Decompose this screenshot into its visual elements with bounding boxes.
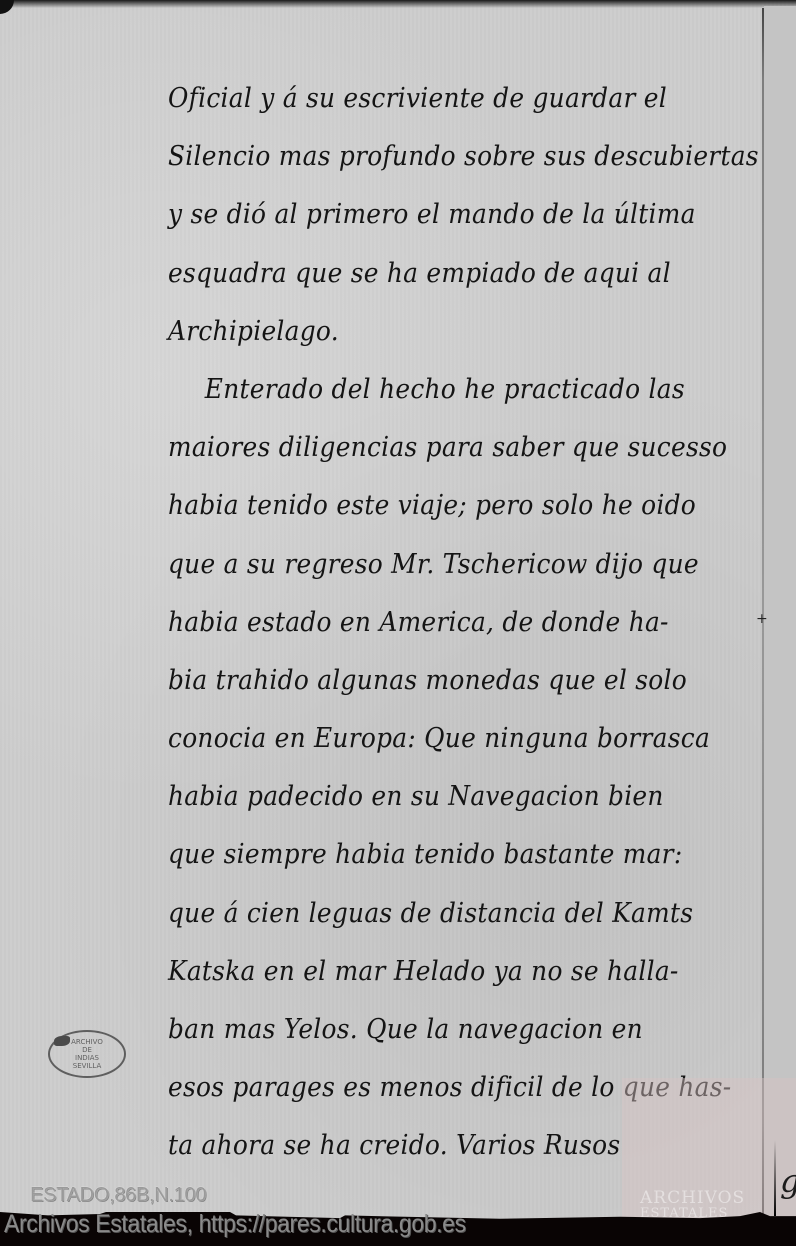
archive-credit: Archivos Estatales, https://pares.cultur… xyxy=(4,1210,466,1239)
next-page-glyph: g xyxy=(780,1162,796,1200)
page-corner xyxy=(0,0,14,14)
page-tear-mark xyxy=(774,1140,776,1216)
stamp-line: DE xyxy=(82,1046,92,1054)
adjacent-page-edge xyxy=(764,6,796,1216)
watermark-text-top: ARCHIVOS xyxy=(640,1188,790,1208)
text-line: que á cien leguas de distancia del Kamts xyxy=(168,885,720,943)
text-line: que siempre habia tenido bastante mar: xyxy=(168,826,720,884)
text-line: habia estado en America, de donde ha- xyxy=(168,594,720,652)
stamp-line: INDIAS xyxy=(75,1054,99,1062)
text-line: Oficial y á su escriviente de guardar el xyxy=(168,70,720,128)
document-reference: ESTADO,86B,N.100 xyxy=(30,1184,206,1207)
handwritten-text-block: Oficial y á su escriviente de guardar el… xyxy=(168,70,768,1176)
text-line: ban mas Yelos. Que la navegacion en xyxy=(168,1001,720,1059)
manuscript-page: + Oficial y á su escriviente de guardar … xyxy=(0,0,796,1246)
paragraph-start-line: Enterado del hecho he practicado las xyxy=(168,361,720,419)
text-line: Archipielago. xyxy=(168,303,720,361)
text-line: conocia en Europa: Que ninguna borrasca xyxy=(168,710,720,768)
text-line: habia padecido en su Navegacion bien xyxy=(168,768,720,826)
stamp-line: ARCHIVO xyxy=(71,1038,103,1046)
text-line: maiores diligencias para saber que suces… xyxy=(168,419,720,477)
text-line: Katska en el mar Helado ya no se halla- xyxy=(168,943,720,1001)
text-line: esquadra que se ha empiado de aqui al xyxy=(168,245,720,303)
text-line: y se dió al primero el mando de la últim… xyxy=(168,186,720,244)
stamp-line: SEVILLA xyxy=(73,1062,101,1070)
text-line: habia tenido este viaje; pero solo he oi… xyxy=(168,477,720,535)
archive-watermark: ARCHIVOS ESTATALES xyxy=(622,1078,796,1228)
text-line: bia trahido algunas monedas que el solo xyxy=(168,652,720,710)
text-line: Silencio mas profundo sobre sus descubie… xyxy=(168,128,720,186)
page-top-edge xyxy=(0,0,796,8)
text-line: que a su regreso Mr. Tschericow dijo que xyxy=(168,536,720,594)
archive-stamp-icon: ARCHIVO DE INDIAS SEVILLA xyxy=(48,1030,126,1078)
